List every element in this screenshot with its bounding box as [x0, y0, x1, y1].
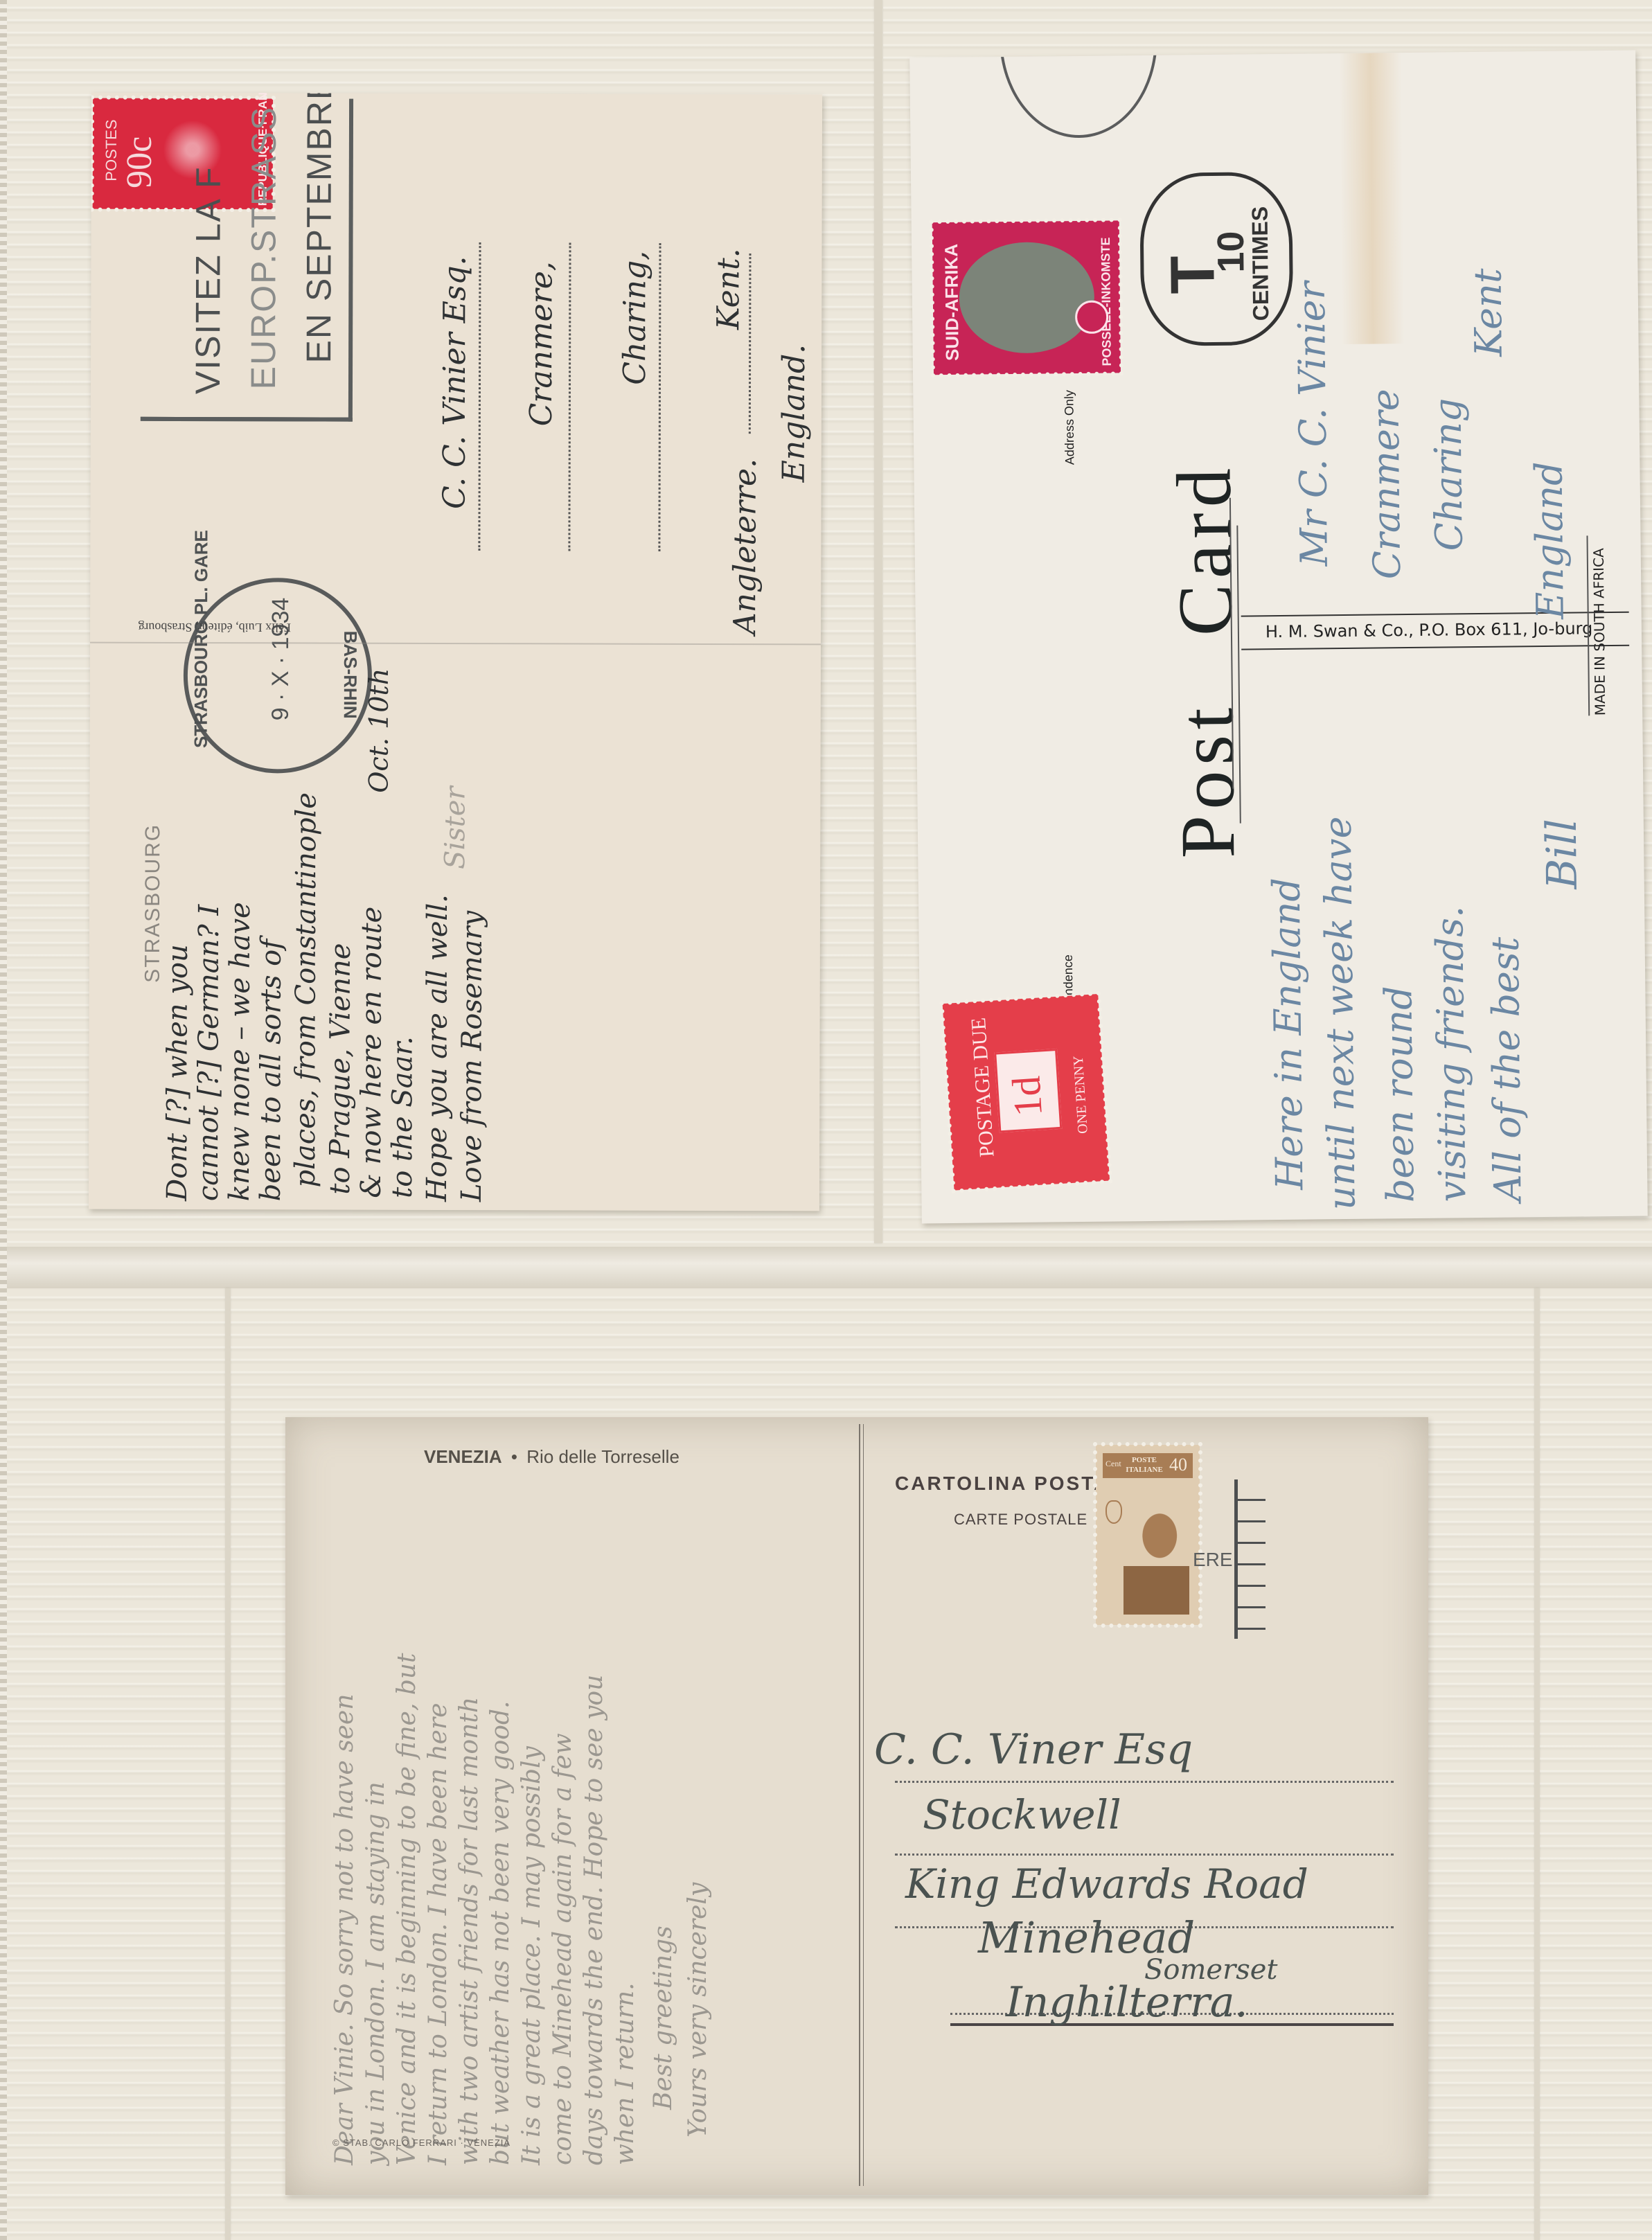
message-line: Hope you are all well. — [421, 894, 454, 1202]
slogan-cancel-line-3: EN SEPTEMBRE — [299, 93, 339, 364]
message-line: & now here en route — [355, 907, 388, 1198]
address-line-3: Charing — [1425, 398, 1471, 551]
message-line: Yours very sincerely — [684, 1883, 712, 2137]
address-line-2: Cranmere, — [524, 261, 560, 426]
postage-due-words: ONE PENNY — [1071, 1055, 1092, 1134]
address-line-6: Inghilterra. — [1006, 1978, 1248, 2027]
sleeve-divider — [225, 1288, 231, 2240]
message-line: I return to London. I have been here — [424, 1703, 452, 2166]
address-only-label: Address Only — [1062, 390, 1077, 465]
message-line: been round — [1376, 986, 1422, 1203]
message-line: places, from Constantinople — [290, 792, 322, 1187]
cancel-bars — [1238, 1479, 1265, 1639]
postmark-date: 9 · X · 1934 — [267, 598, 294, 721]
address-guide-line — [658, 243, 661, 551]
address-line-5: England — [1527, 461, 1572, 619]
made-in-label: MADE IN SOUTH AFRICA — [1590, 548, 1609, 715]
view-caption-place: VENEZIA — [424, 1446, 502, 1467]
message-line: It is a great place. I may possibly — [517, 1746, 546, 2165]
sleeve-divider — [0, 1247, 1652, 1288]
address-line-3: King Edwards Road — [905, 1860, 1308, 1908]
postcard-south-africa[interactable]: SUID-AFRIKA POSSEEL-INKOMSTE T 10 CENTIM… — [909, 51, 1648, 1224]
card-divider — [863, 1424, 864, 2186]
stamp-prefix: Cent — [1105, 1459, 1121, 1469]
address-guide-line — [895, 1781, 1394, 1783]
stamp-label: POSTE ITALIANE — [1120, 1455, 1169, 1475]
view-caption-title: Rio delle Torreselle — [526, 1446, 680, 1467]
message-line: days towards the end. Hope to see you — [580, 1675, 608, 2165]
message-line: to Prague, Vienne — [324, 943, 357, 1194]
publisher-line: H. M. Swan & Co., P.O. Box 611, Jo-burg — [1265, 619, 1593, 641]
message-line: Best greetings — [649, 1926, 677, 2110]
postmark-strasbourg: STRASBOURG PL. GARE BAS-RHIN 9 · X · 193… — [184, 578, 373, 774]
address-line-6: England. — [776, 344, 812, 483]
postcard-venezia[interactable]: VENEZIA • Rio delle Torreselle CARTOLINA… — [285, 1417, 1428, 2195]
sleeve-divider — [1534, 1288, 1540, 2240]
stamp-side-text: POSSEEL-INKOMSTE — [1099, 237, 1114, 366]
stamp-value: 40 — [1169, 1455, 1187, 1475]
message-line: knew none – we have — [224, 902, 256, 1201]
pencil-note: Sister — [439, 786, 471, 869]
publisher-line: Félix Luib, éditeur, Strasbourg — [139, 620, 291, 635]
address-line-4: Kent — [1466, 268, 1510, 357]
card-divider — [859, 1424, 860, 2186]
ship-vignette-icon — [959, 242, 1095, 354]
stamp-south-africa-1d: SUID-AFRIKA POSSEEL-INKOMSTE — [932, 220, 1121, 375]
address-line-4: Kent. — [711, 248, 746, 330]
address-guide-line — [749, 254, 752, 434]
crest-icon — [1105, 1500, 1122, 1524]
address-guide-line — [568, 242, 571, 551]
postcard-strasbourg[interactable]: POSTES 90c REPUBLIQUE·FRANCAISE VISITEZ … — [89, 93, 822, 1211]
message-date: Oct. 10th — [363, 668, 393, 793]
tax-mark-value: 10 — [1209, 231, 1253, 273]
message-signature: Bill — [1538, 819, 1587, 889]
stamp-label: POSTES — [103, 119, 121, 181]
message-line: Venice and it is beginning to be fine, b… — [393, 1653, 421, 2165]
slogan-cancel-line-2: EUROP.STRASS — [243, 106, 284, 389]
postage-due-label: POSTAGE DUE — [967, 1017, 1000, 1158]
address-line-1: Mr C. C. Vinier — [1290, 281, 1336, 566]
message-line: when I return. — [611, 1982, 639, 2165]
address-line-1: C. C. Viner Esq — [874, 1725, 1193, 1774]
postmark-ring-text: STRASBOURG PL. GARE — [190, 530, 213, 748]
message-line: All of the best — [1484, 936, 1530, 1202]
card-subheader: CARTE POSTALE — [954, 1511, 1087, 1529]
message-line: been to all sorts of — [255, 939, 287, 1202]
address-line-5: Angleterre. — [727, 459, 763, 634]
tax-mark-t10: T 10 CENTIMES — [1139, 172, 1294, 346]
slogan-cancel-bar — [141, 417, 353, 422]
foxing-stain — [1339, 53, 1404, 344]
publisher-line: © STAB. CARLO FERRARI · VENEZIA — [332, 2137, 510, 2148]
cancel-text: ERE — [1193, 1549, 1233, 1571]
message-line: cannot [?] German? I — [193, 905, 225, 1201]
view-caption-sep: • — [511, 1446, 517, 1467]
message-line: Here in England — [1265, 878, 1312, 1190]
message-line: until next week have — [1316, 816, 1364, 1210]
message-line: come to Minehead again for a few — [549, 1733, 577, 2165]
message-line: Love from Rosemary — [456, 911, 488, 1202]
album-binding — [0, 0, 7, 2240]
slogan-cancel-line-1: VISITEZ LA F — [188, 166, 229, 394]
address-line-2: Cranmere — [1363, 389, 1409, 580]
sleeve-divider — [874, 0, 882, 1243]
address-line-2: Stockwell — [923, 1791, 1121, 1838]
stamp-value-circle — [1075, 301, 1109, 335]
stamp-postage-due-1d: POSTAGE DUE 1d ONE PENNY — [943, 994, 1110, 1191]
view-caption: VENEZIA • Rio delle Torreselle — [424, 1446, 680, 1468]
postmark-partial — [998, 51, 1158, 139]
address-guide-line — [478, 242, 481, 551]
address-line-3: Charing, — [617, 251, 653, 385]
message-line: you in London. I am staying in — [362, 1781, 390, 2165]
postage-due-value: 1d — [1002, 1075, 1051, 1118]
address-guide-line — [895, 1854, 1394, 1856]
message-line: Dear Vinie. So sorry not to have seen — [330, 1694, 359, 2165]
machine-cancel: ERE — [1144, 1479, 1238, 1639]
message-line: with two artist friends for last month — [455, 1697, 483, 2165]
message-line: to the Saar. — [387, 1036, 419, 1198]
stamp-country: SUID-AFRIKA — [941, 244, 963, 361]
tax-mark-unit: CENTIMES — [1247, 206, 1274, 321]
message-line: visiting friends. — [1428, 906, 1474, 1202]
message-line: but weather has not been very good. — [486, 1701, 515, 2165]
publisher-rule — [1241, 645, 1629, 650]
address-line-1: C. C. Vinier Esq. — [437, 256, 473, 509]
message-line: Dont [?] when you — [161, 944, 194, 1201]
